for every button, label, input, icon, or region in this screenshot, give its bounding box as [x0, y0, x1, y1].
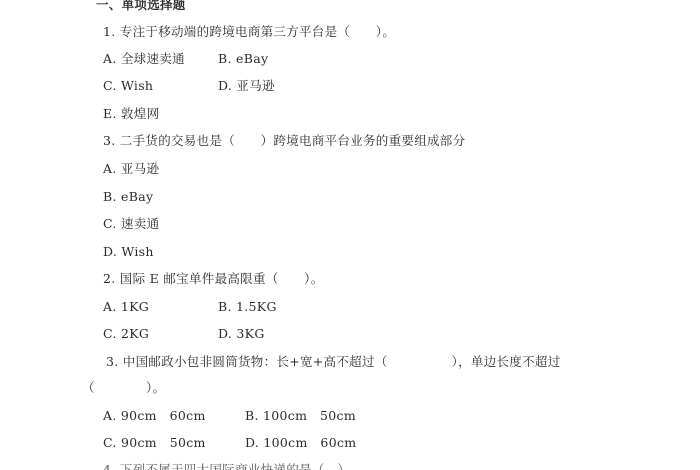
question-2-options-row-2: C. 2KG D. 3KG: [103, 326, 149, 342]
question-2-option-a: A. 1KG: [103, 299, 149, 314]
document-page: 一、单项选择题 1. 专注于移动端的跨境电商第三方平台是（ ）。 A. 全球速卖…: [0, 0, 700, 470]
question-4-stem: 4. 下列不属于四大国际商业快递的是（ ）: [103, 462, 350, 470]
question-3a-stem: 3. 二手货的交易也是（ ）跨境电商平台业务的重要组成部分: [103, 133, 465, 149]
question-2-option-d: D. 3KG: [218, 326, 265, 342]
question-3a-option-c: C. 速卖通: [103, 216, 159, 232]
question-3b-option-b: B. 100cm 50cm: [245, 408, 356, 424]
section-heading: 一、单项选择题: [96, 0, 186, 13]
question-1-option-c: C. Wish: [103, 78, 153, 93]
question-1-option-b: B. eBay: [218, 51, 268, 67]
question-1-stem: 1. 专注于移动端的跨境电商第三方平台是（ ）。: [103, 24, 395, 40]
question-1-options-row-2: C. Wish D. 亚马逊: [103, 78, 153, 94]
question-3a-option-d: D. Wish: [103, 244, 154, 260]
question-2-stem: 2. 国际 E 邮宝单件最高限重（ ）。: [103, 271, 324, 287]
question-2-option-b: B. 1.5KG: [218, 299, 277, 315]
question-3b-options-row-1: A. 90cm 60cm B. 100cm 50cm: [103, 408, 206, 424]
question-1-option-e: E. 敦煌网: [103, 106, 159, 122]
question-3a-option-b: B. eBay: [103, 189, 153, 205]
question-3b-option-d: D. 100cm 60cm: [245, 435, 356, 451]
question-1-option-d: D. 亚马逊: [218, 78, 275, 94]
question-3b-option-c: C. 90cm 50cm: [103, 435, 206, 450]
question-3b-stem: 3. 中国邮政小包非圆筒货物：长+宽+高不超过（ ），单边长度不超过: [106, 354, 561, 370]
question-1-options-row-1: A. 全球速卖通 B. eBay: [103, 51, 185, 67]
question-2-options-row-1: A. 1KG B. 1.5KG: [103, 299, 149, 315]
question-1-option-a: A. 全球速卖通: [103, 51, 185, 66]
question-3b-option-a: A. 90cm 60cm: [103, 408, 206, 423]
question-2-option-c: C. 2KG: [103, 326, 149, 341]
question-3a-option-a: A. 亚马逊: [103, 161, 159, 177]
question-3b-options-row-2: C. 90cm 50cm D. 100cm 60cm: [103, 435, 206, 451]
question-3b-stem-continued: （ ）。: [82, 380, 165, 396]
